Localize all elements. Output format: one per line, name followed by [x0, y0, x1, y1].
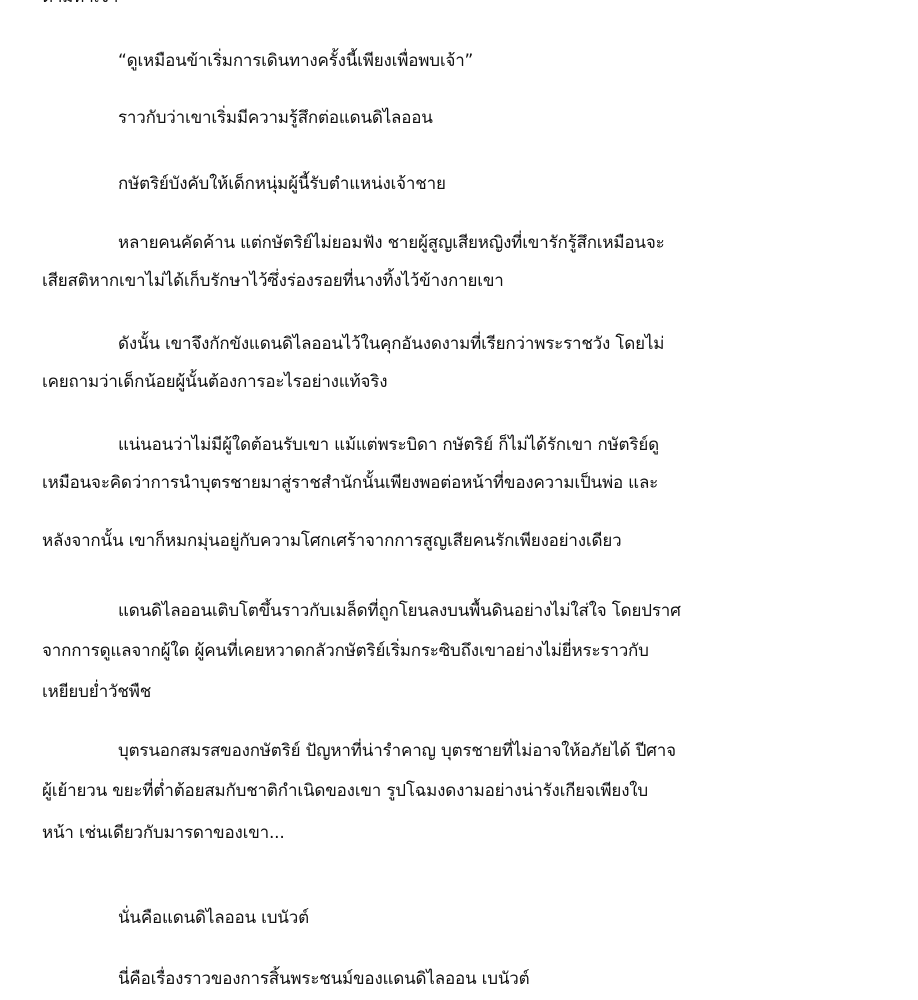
paragraph-8-line-1: บุตรนอกสมรสของกษัตริย์ ปัญหาที่น่ารำคาญ … [118, 740, 676, 762]
document-page: ตามหาเจ้า “ดูเหมือนข้าเริ่มการเดินทางครั… [0, 0, 918, 1000]
paragraph-7-line-2: จากการดูแลจากผู้ใด ผู้คนที่เคยหวาดกลัวกษ… [42, 640, 649, 662]
paragraph-10-line-1: นี่คือเรื่องราวของการสิ้นพระชนม์ของแดนดิ… [118, 968, 529, 990]
paragraph-1-line-1: “ดูเหมือนข้าเริ่มการเดินทางครั้งนี้เพียง… [118, 50, 473, 72]
paragraph-6-line-3: หลังจากนั้น เขาก็หมกมุ่นอยู่กับความโศกเศ… [42, 530, 621, 552]
paragraph-5-line-1: ดังนั้น เขาจึงกักขังแดนดิไลออนไว้ในคุกอั… [118, 333, 664, 355]
paragraph-8-line-3: หน้า เช่นเดียวกับมารดาของเขา... [42, 822, 285, 844]
paragraph-4-line-1: หลายคนคัดค้าน แต่กษัตริย์ไม่ยอมฟัง ชายผู… [118, 232, 665, 254]
paragraph-5-line-2: เคยถามว่าเด็กน้อยผู้นั้นต้องการอะไรอย่าง… [42, 371, 387, 393]
paragraph-6-line-1: แน่นอนว่าไม่มีผู้ใดต้อนรับเขา แม้แต่พระบ… [118, 434, 659, 456]
clipped-top-line: ตามหาเจ้า [42, 0, 118, 8]
paragraph-2-line-1: ราวกับว่าเขาเริ่มมีความรู้สึกต่อแดนดิไลอ… [118, 107, 433, 129]
paragraph-7-line-3: เหยียบย่ำวัชพืช [42, 681, 151, 703]
paragraph-3-line-1: กษัตริย์บังคับให้เด็กหนุ่มผู้นี้รับตำแหน… [118, 173, 446, 195]
paragraph-4-line-2: เสียสติหากเขาไม่ได้เก็บรักษาไว้ซึ่งร่องร… [42, 270, 504, 292]
paragraph-7-line-1: แดนดิไลออนเติบโตขึ้นราวกับเมล็ดที่ถูกโยน… [118, 600, 681, 622]
paragraph-6-line-2: เหมือนจะคิดว่าการนำบุตรชายมาสู่ราชสำนักน… [42, 472, 658, 494]
paragraph-9-line-1: นั่นคือแดนดิไลออน เบนัวต์ [118, 907, 309, 929]
paragraph-8-line-2: ผู้เย้ายวน ขยะที่ต่ำต้อยสมกับชาติกำเนิดข… [42, 780, 648, 802]
